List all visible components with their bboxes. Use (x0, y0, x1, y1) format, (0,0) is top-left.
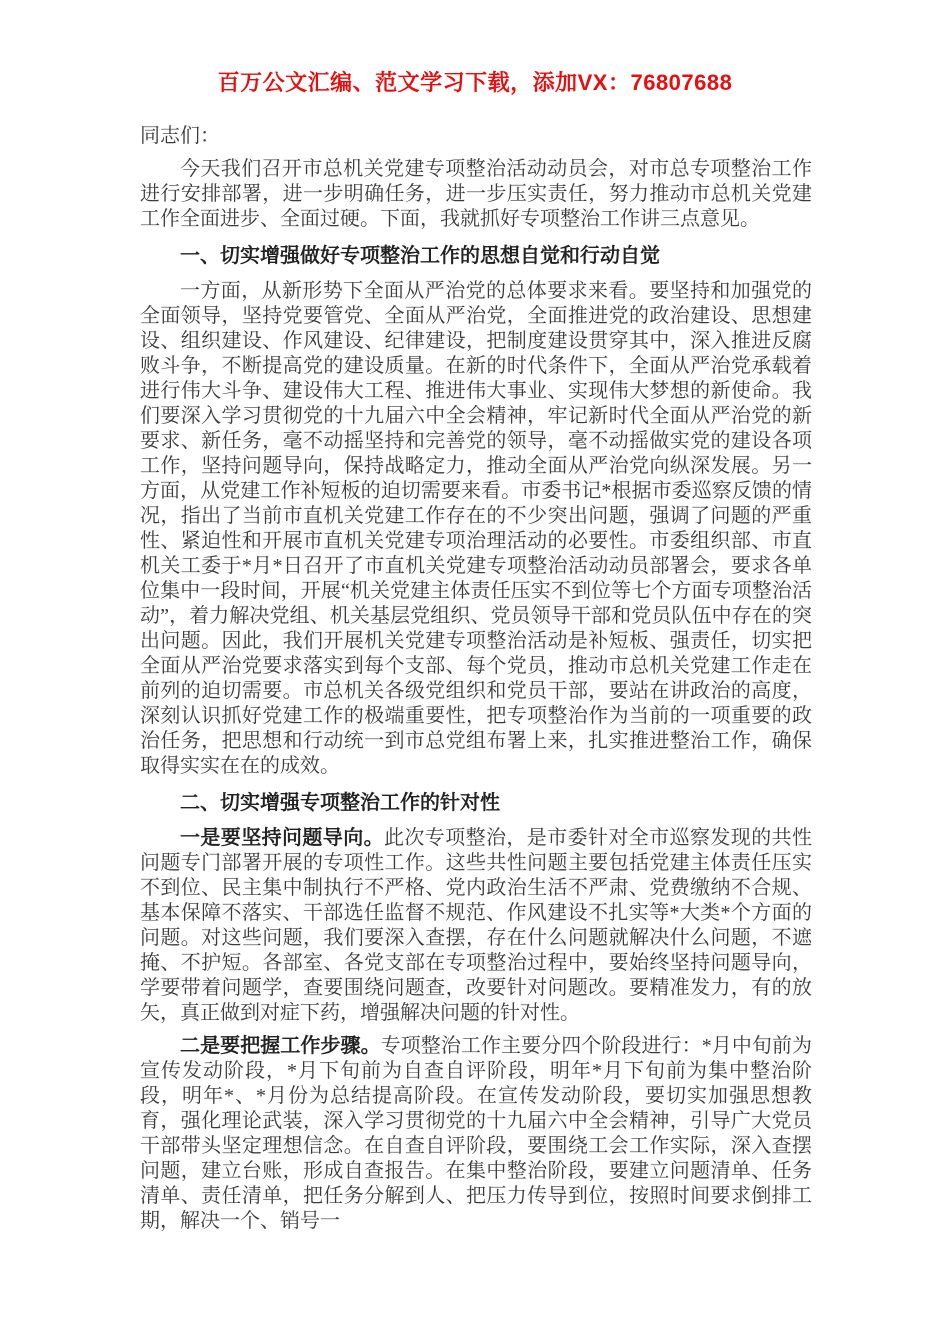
section-1-paragraph: 一方面，从新形势下全面从严治党的总体要求来看。要坚持和加强党的全面领导，坚持党要… (140, 279, 812, 779)
point-1-lead: 一是要坚持问题导向。 (180, 827, 384, 849)
point-2-text: 专项整治工作主要分四个阶段进行：*月中旬前为宣传发动阶段，*月下旬前为自查自评阶… (140, 1035, 812, 1232)
promo-banner: 百万公文汇编、范文学习下载，添加VX：76807688 (0, 0, 950, 96)
section-2-point-1: 一是要坚持问题导向。此次专项整治，是市委针对全市巡察发现的共性问题专门部署开展的… (140, 826, 812, 1026)
intro-paragraph: 今天我们召开市总机关党建专项整治活动动员会，对市总专项整治工作进行安排部署，进一… (140, 157, 812, 232)
point-2-lead: 二是要把握工作步骤。 (180, 1035, 381, 1057)
salutation: 同志们： (140, 124, 812, 149)
point-1-text: 此次专项整治，是市委针对全市巡察发现的共性问题专门部署开展的专项性工作。这些共性… (140, 827, 812, 1024)
document-page: 百万公文汇编、范文学习下载，添加VX：76807688 同志们： 今天我们召开市… (0, 0, 950, 1344)
section-2-point-2: 二是要把握工作步骤。专项整治工作主要分四个阶段进行：*月中旬前为宣传发动阶段，*… (140, 1034, 812, 1234)
section-1-heading: 一、切实增强做好专项整治工作的思想自觉和行动自觉 (140, 244, 812, 269)
section-2-heading: 二、切实增强专项整治工作的针对性 (140, 791, 812, 816)
document-body: 同志们： 今天我们召开市总机关党建专项整治活动动员会，对市总专项整治工作进行安排… (140, 124, 812, 1234)
